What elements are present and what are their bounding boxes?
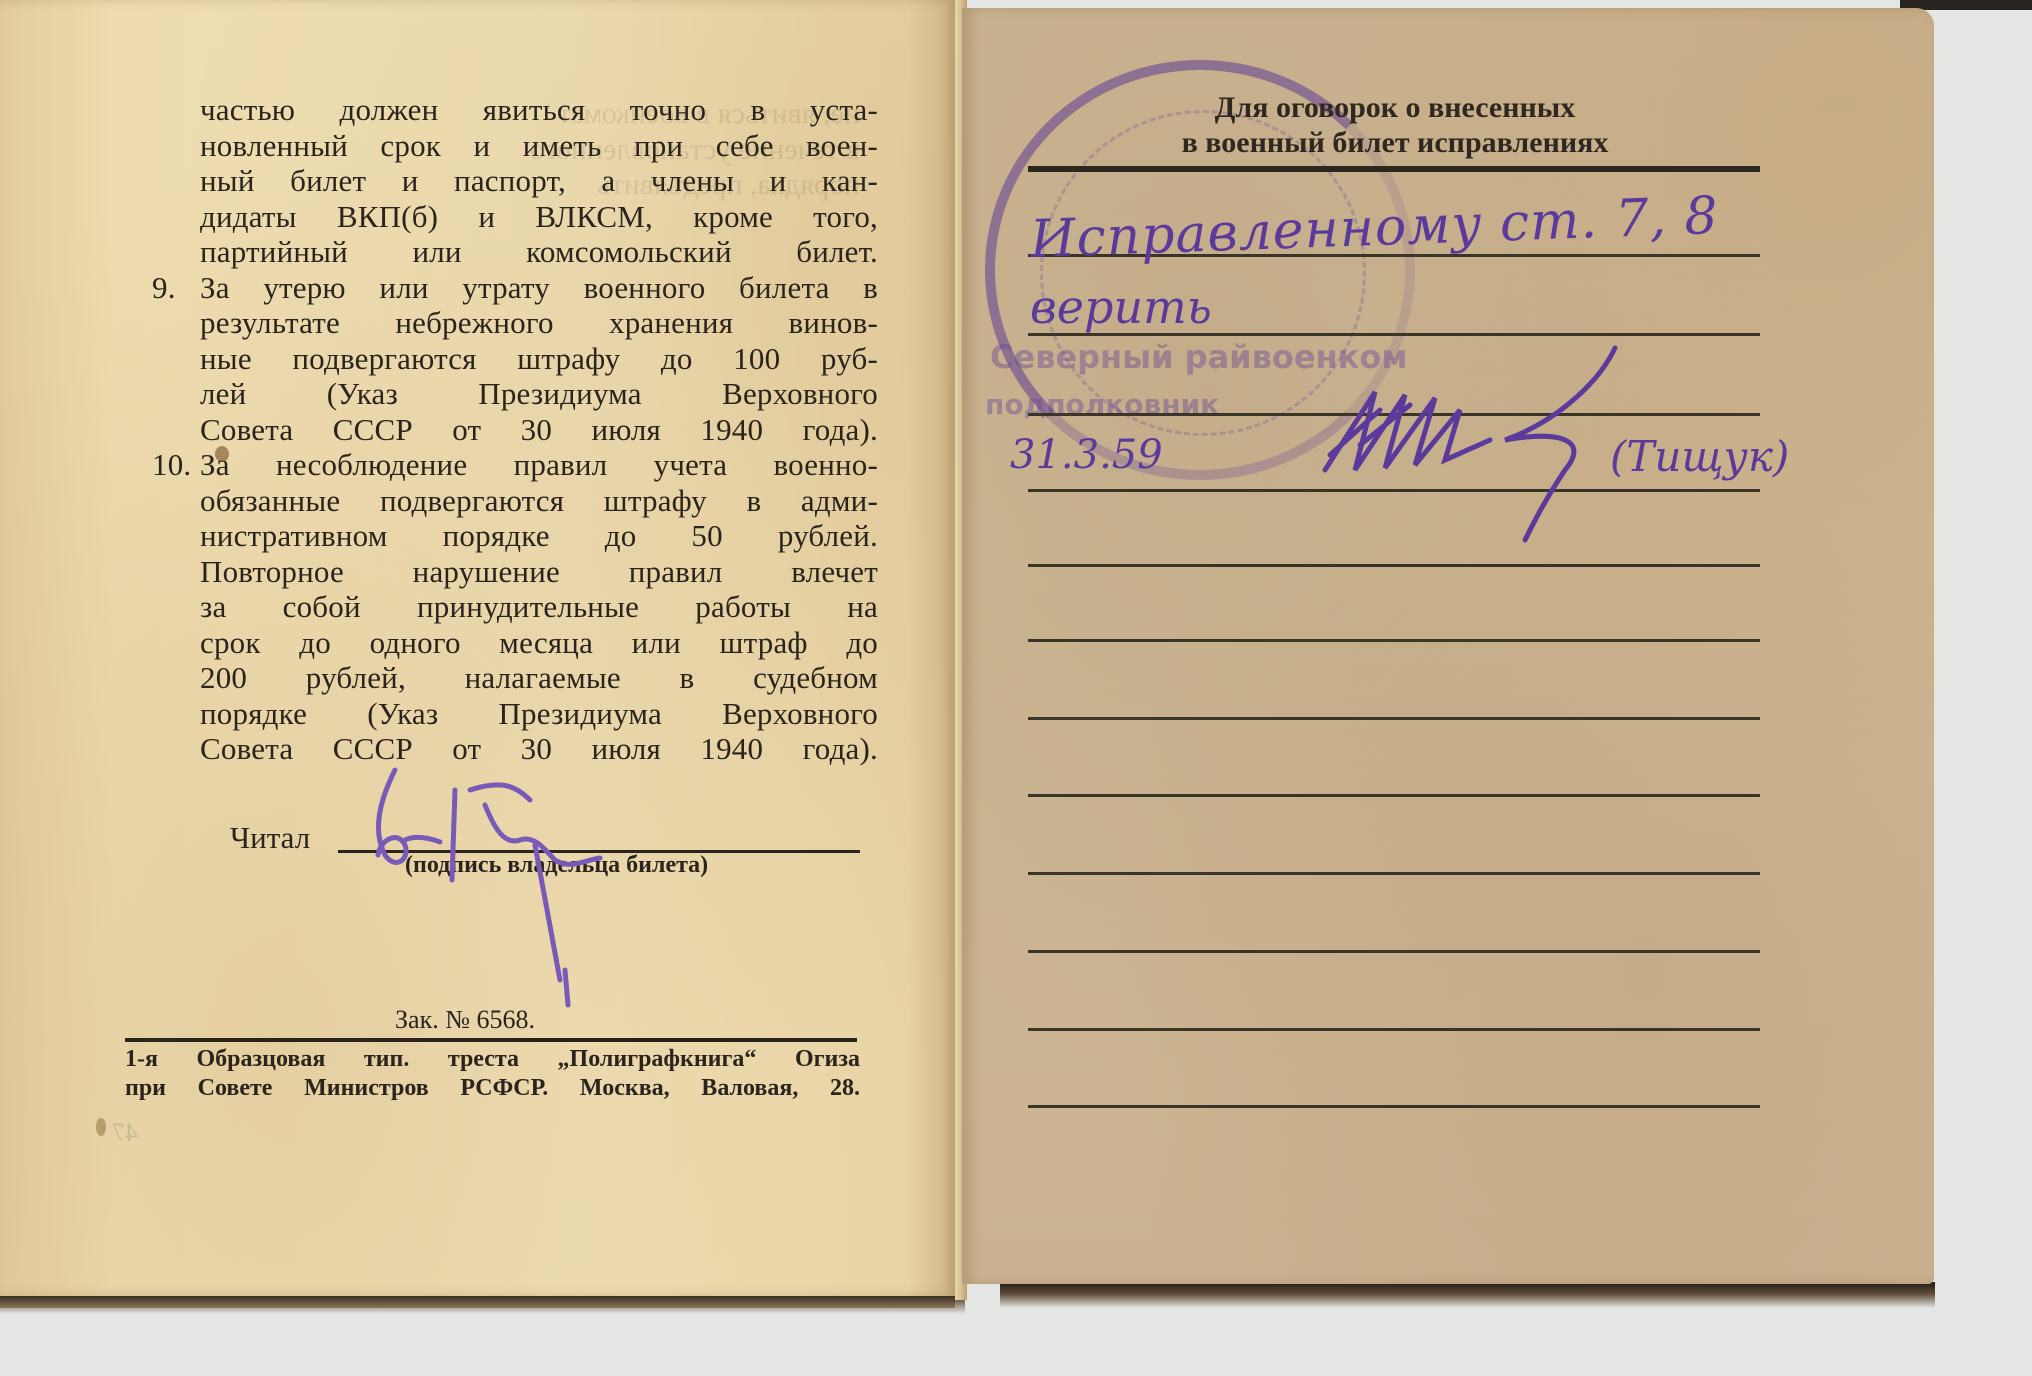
header-rule	[1028, 166, 1760, 172]
text-line: лей (Указ Президиума Верховного	[200, 376, 878, 412]
ruled-line	[1028, 564, 1760, 567]
text-line: ный билет и паспорт, а члены и кан-	[200, 163, 878, 199]
stamp-text-line1: Северный райвоенком	[990, 338, 1407, 376]
imprint-line: 1-я Образцовая тип. треста „Полиграфкниг…	[125, 1045, 860, 1074]
ruled-line	[1028, 717, 1760, 720]
text-line: частью должен явиться точно в уста-	[200, 92, 878, 128]
text-line-content: За утерю или утрату военного билета в	[200, 270, 878, 305]
text-line: ные подвергаются штрафу до 100 руб-	[200, 341, 878, 377]
text-line: результате небрежного хранения винов-	[200, 305, 878, 341]
ruled-line	[1028, 1105, 1760, 1108]
text-line: порядке (Указ Президиума Верховного	[200, 696, 878, 732]
read-label: Читал	[230, 820, 310, 856]
rules-text: частью должен явиться точно в уста- новл…	[200, 92, 878, 767]
text-line-content: За несоблюдение правил учета военно-	[200, 447, 878, 482]
text-line: 9. За утерю или утрату военного билета в	[200, 270, 878, 306]
imprint-divider	[125, 1038, 857, 1042]
text-line: 10. За несоблюдение правил учета военно-	[200, 447, 878, 483]
ruled-line	[1028, 872, 1760, 875]
text-line: за собой принудительные работы на	[200, 589, 878, 625]
text-line: Совета СССР от 30 июля 1940 года).	[200, 412, 878, 448]
page-stack-edge	[0, 1296, 955, 1308]
text-line: срок до одного месяца или штраф до	[200, 625, 878, 661]
stamp-text-line2: подполковник	[985, 388, 1219, 421]
text-line: Совета СССР от 30 июля 1940 года).	[200, 731, 878, 767]
item-number-9: 9.	[152, 270, 176, 306]
text-line: партийный или комсомольский билет.	[200, 234, 878, 270]
handwritten-correction-line2: верить	[1030, 280, 1212, 334]
ruled-line	[1028, 1028, 1760, 1031]
handwritten-date: 31.3.59	[1010, 432, 1163, 478]
ink-stain	[215, 446, 229, 462]
order-number: Зак. № 6568.	[395, 1005, 535, 1035]
header-line: в военный билет исправлениях	[1100, 125, 1690, 160]
text-line: 200 рублей, налагаемые в судебном	[200, 660, 878, 696]
ghost-page-number: 47	[112, 1118, 138, 1148]
text-line: нистративном порядке до 50 рублей.	[200, 518, 878, 554]
ruled-line	[1028, 639, 1760, 642]
printer-imprint: 1-я Образцовая тип. треста „Полиграфкниг…	[125, 1045, 860, 1103]
ruled-line	[1028, 794, 1760, 797]
ink-stain	[96, 1118, 106, 1136]
officer-name: (Тищук)	[1610, 432, 1789, 481]
text-line: обязанные подвергаются штрафу в адми-	[200, 483, 878, 519]
page-shadow	[1000, 1282, 1935, 1308]
imprint-line: при Совете Министров РСФСР. Москва, Вало…	[125, 1074, 860, 1103]
item-number-10: 10.	[152, 447, 191, 483]
text-line: Повторное нарушение правил влечет	[200, 554, 878, 590]
corrections-header: Для оговорок о внесенных в военный билет…	[1100, 90, 1690, 160]
ruled-line	[1028, 950, 1760, 953]
text-line: новленный срок и иметь при себе воен-	[200, 128, 878, 164]
ruled-line	[1028, 489, 1760, 492]
header-line: Для оговорок о внесенных	[1100, 90, 1690, 125]
text-line: дидаты ВКП(б) и ВЛКСМ, кроме того,	[200, 199, 878, 235]
ruled-line	[1028, 413, 1760, 416]
signature-caption: (подпись владельца билета)	[405, 852, 708, 879]
